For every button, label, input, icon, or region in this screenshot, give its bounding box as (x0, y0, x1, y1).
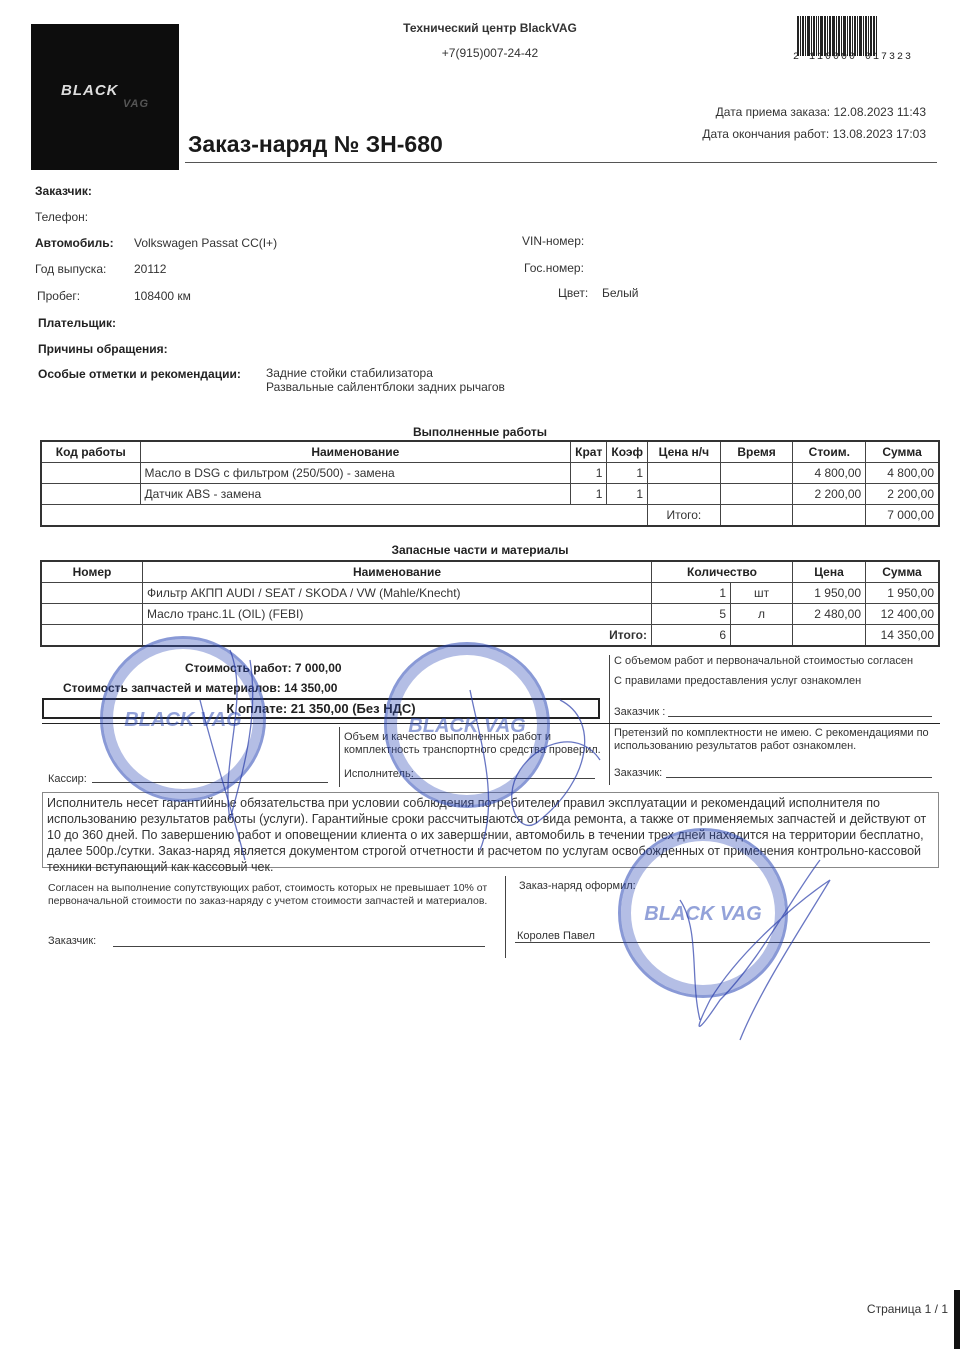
page-number: Страница 1 / 1 (867, 1302, 948, 1316)
signature-1 (228, 650, 253, 820)
signature-scribbles (0, 0, 960, 1349)
signature-3 (699, 860, 830, 1040)
signature-2 (512, 700, 600, 825)
scan-edge (954, 1290, 960, 1349)
